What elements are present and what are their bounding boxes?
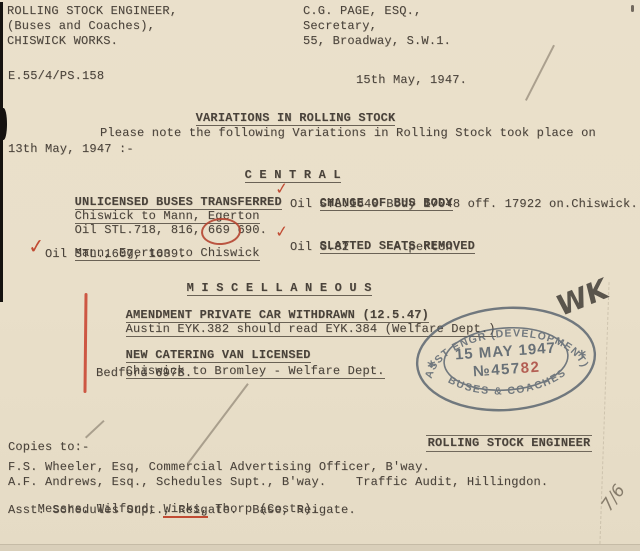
copies-line: F.S. Wheeler, Esq, Commercial Advertisin… <box>8 461 430 474</box>
copies-line: Asst. Schedules Supt., Reigate. Base, Re… <box>8 504 356 517</box>
handwritten-corner-mark: 7/6 <box>598 481 630 515</box>
sender-address-line: CHISWICK WORKS. <box>7 35 118 48</box>
pencil-stroke <box>187 383 248 464</box>
intro-line-2: 13th May, 1947 :- <box>8 143 134 156</box>
red-check-mark: ✓ <box>27 233 46 259</box>
document-date: 15th May, 1947. <box>356 74 467 87</box>
entry-fleet-numbers-2: Oil STL.1607, 1639. <box>45 248 186 261</box>
sender-address-line: ROLLING STOCK ENGINEER, <box>7 5 177 18</box>
entry-catering-van-vehicle: Bedford 697B. <box>96 367 192 380</box>
recipient-address-line: C.G. PAGE, ESQ., <box>303 5 421 18</box>
signature-title: ROLLING STOCK ENGINEER <box>396 422 592 465</box>
recipient-address-line: Secretary, <box>303 20 377 33</box>
copies-line: A.F. Andrews, Esq., Schedules Supt., B'w… <box>8 476 548 489</box>
stamp-number: №457 <box>473 360 522 380</box>
entry-slatted-seats-detail: Oil G.82 Alperton. <box>290 241 460 254</box>
stamp-star-right: * <box>577 346 587 366</box>
copies-label: Copies to:- <box>8 441 89 454</box>
scan-edge-blob <box>0 108 7 140</box>
scan-speck <box>631 5 634 12</box>
stamp-number-red-digits: 82 <box>520 359 541 377</box>
scanned-memo-page: ROLLING STOCK ENGINEER, (Buses and Coach… <box>0 0 640 551</box>
reference-number: E.55/4/PS.158 <box>8 70 104 83</box>
svg-text:№45782: №45782 <box>473 359 541 381</box>
pencil-stroke <box>525 45 554 101</box>
red-check-mark: ✓ <box>274 221 289 241</box>
scan-edge-left <box>0 2 3 302</box>
red-check-mark: ✓ <box>274 178 289 198</box>
document-title-text: VARIATIONS IN ROLLING STOCK <box>196 112 396 126</box>
entry-change-of-bus-body-detail: Oil STL.1640 Body 17048 off. 17922 on.Ch… <box>290 198 638 211</box>
intro-line-1: Please note the following Variations in … <box>100 127 596 140</box>
recipient-address-line: 55, Broadway, S.W.1. <box>303 35 451 48</box>
red-margin-bar <box>83 293 87 393</box>
pencil-stroke <box>85 420 104 438</box>
scan-edge-bottom <box>0 544 640 551</box>
sender-address-line: (Buses and Coaches), <box>7 20 155 33</box>
